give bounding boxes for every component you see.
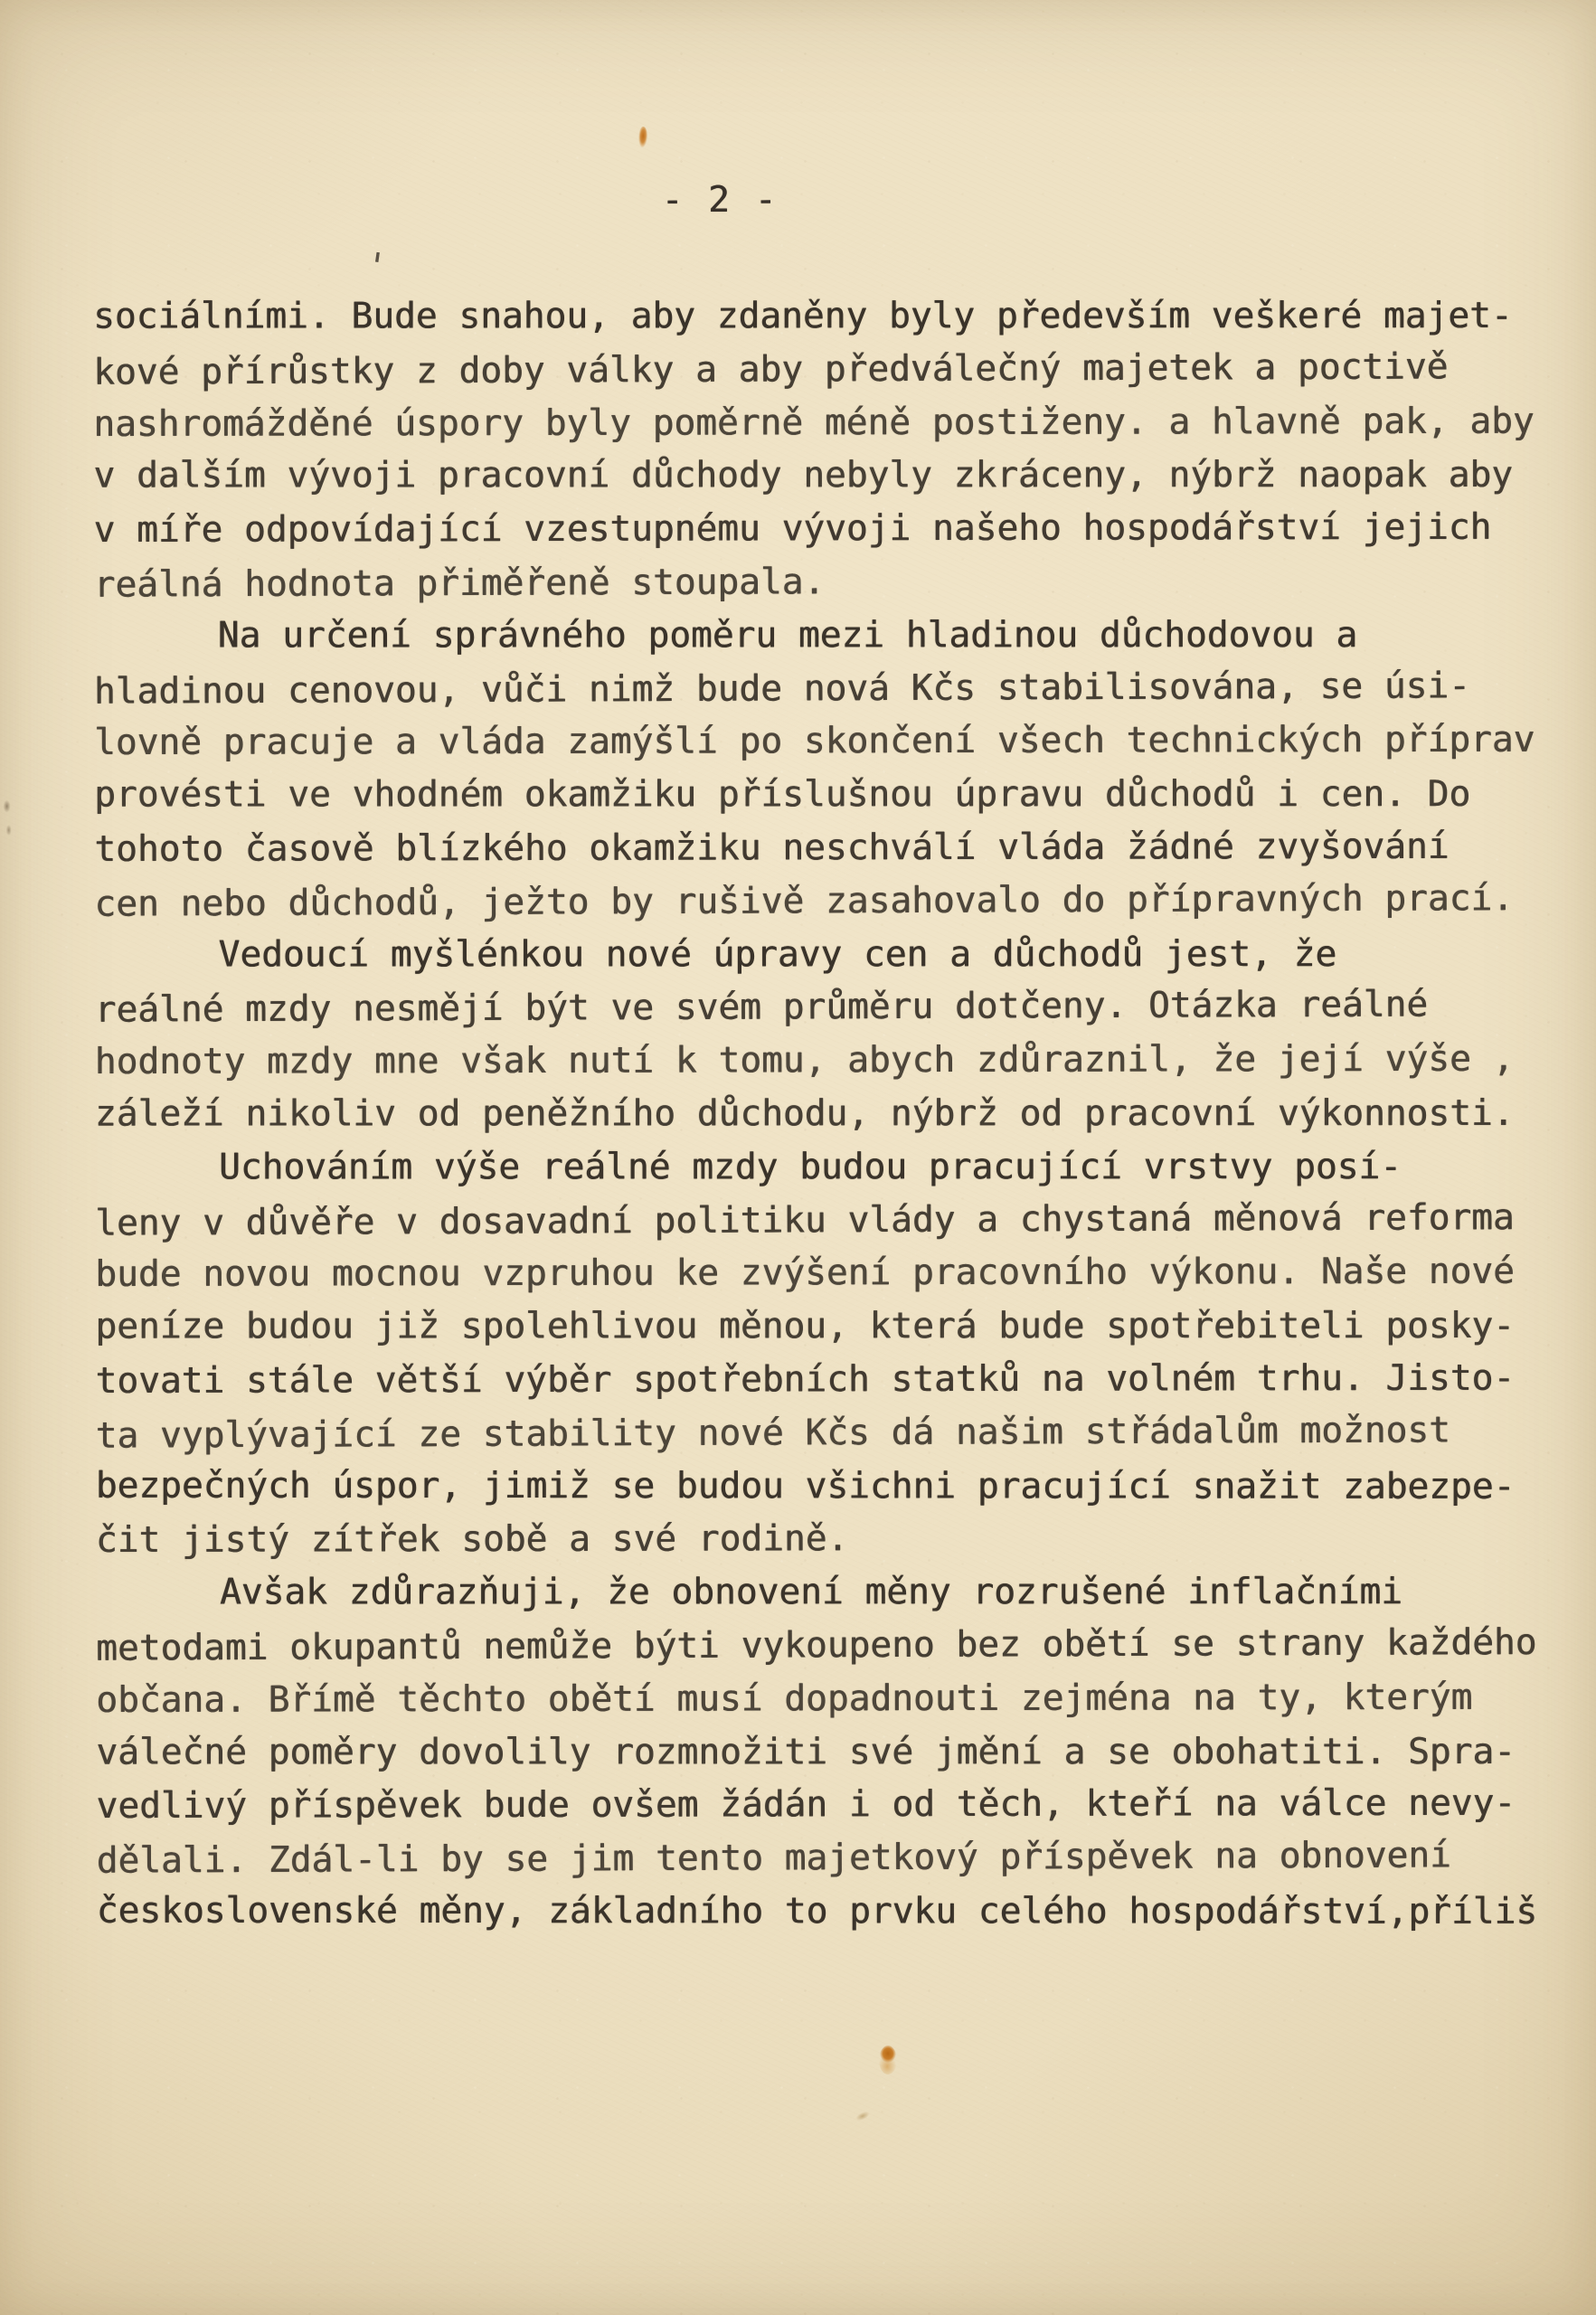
typed-line: bude novou mocnou vzpruhou ke zvýšení pr… bbox=[95, 1245, 1564, 1301]
typed-line: Avšak zdůrazňuji, že obnovení měny rozru… bbox=[96, 1565, 1565, 1619]
typed-line: hladinou cenovou, vůči nimž bude nová Kč… bbox=[94, 658, 1563, 718]
typed-line: lovně pracuje a vláda zamýšlí po skončen… bbox=[94, 713, 1563, 770]
typed-line: tovati stále větší výběr spotřebních sta… bbox=[95, 1352, 1564, 1408]
paragraph: Avšak zdůrazňuji, že obnovení měny rozru… bbox=[96, 1564, 1566, 1940]
typed-line: v dalším vývoji pracovní důchody nebyly … bbox=[93, 449, 1563, 502]
rust-speck-top bbox=[637, 127, 648, 151]
typed-line: Vedoucí myšlénkou nové úpravy cen a důch… bbox=[95, 928, 1564, 981]
edge-smudge bbox=[2, 798, 14, 841]
typed-line: záleží nikoliv od peněžního důchodu, nýb… bbox=[95, 1087, 1564, 1140]
paragraph: Vedoucí myšlénkou nové úpravy cen a důch… bbox=[94, 926, 1563, 1142]
typed-line: nashromážděné úspory byly poměrně méně p… bbox=[93, 394, 1563, 450]
typed-line: dělali. Zdál-li by se jim tento majetkov… bbox=[97, 1828, 1566, 1888]
paragraph: Na určení správného poměru mezi hladinou… bbox=[94, 607, 1564, 929]
typed-line: ta vyplývající ze stability nové Kčs dá … bbox=[96, 1403, 1565, 1463]
typed-line: Na určení správného poměru mezi hladinou… bbox=[94, 609, 1563, 662]
typed-line: v míře odpovídající vzestupnému vývoji n… bbox=[93, 501, 1563, 557]
typed-line: reálná hodnota přiměřeně stoupala. bbox=[94, 553, 1563, 612]
paragraph-continuation: sociálními. Bude snahou, aby zdaněny byl… bbox=[93, 288, 1563, 610]
stray-apostrophe-mark: ' bbox=[363, 245, 390, 289]
typed-line: čit jistý zítřek sobě a své rodině. bbox=[96, 1511, 1565, 1567]
typed-line: kové přírůstky z doby války a aby předvá… bbox=[93, 340, 1563, 400]
typed-line: tohoto časově blízkého okamžiku neschvál… bbox=[94, 820, 1563, 876]
typed-line: bezpečných úspor, jimiž se budou všichni… bbox=[96, 1459, 1565, 1513]
typed-line: leny v důvěře v dosavadní politiku vlády… bbox=[95, 1190, 1564, 1250]
typewritten-page: - 2 - ' sociálními. Bude snahou, aby zda… bbox=[0, 0, 1596, 2315]
paragraph: Uchováním výše reálné mzdy budou pracují… bbox=[95, 1139, 1565, 1567]
typed-line: Uchováním výše reálné mzdy budou pracují… bbox=[95, 1140, 1564, 1194]
typed-line: provésti ve vhodném okamžiku příslušnou … bbox=[94, 768, 1563, 821]
document-body: sociálními. Bude snahou, aby zdaněny byl… bbox=[93, 288, 1566, 1940]
typed-line: hodnoty mzdy mne však nutí k tomu, abych… bbox=[95, 1033, 1564, 1089]
rust-spot-bottom bbox=[879, 2046, 897, 2074]
typed-line: reálné mzdy nesmějí být ve svém průměru … bbox=[95, 978, 1564, 1037]
typed-line: sociálními. Bude snahou, aby zdaněny byl… bbox=[93, 289, 1563, 343]
typed-line: cen nebo důchodů, ježto by rušivě zasaho… bbox=[94, 872, 1563, 931]
typed-line: vedlivý příspěvek bude ovšem žádán i od … bbox=[96, 1777, 1565, 1833]
typed-line: československé měny, základního to prvku… bbox=[97, 1885, 1566, 1939]
typed-line: občana. Břímě těchto obětí musí dopadnou… bbox=[96, 1670, 1565, 1726]
page-number: - 2 - bbox=[0, 176, 1440, 223]
typed-line: válečné poměry dovolily rozmnožiti své j… bbox=[96, 1725, 1565, 1779]
paper-speck bbox=[855, 2110, 871, 2122]
typed-line: metodami okupantů nemůže býti vykoupeno … bbox=[96, 1616, 1565, 1676]
typed-line: peníze budou již spolehlivou měnou, kter… bbox=[95, 1299, 1564, 1353]
